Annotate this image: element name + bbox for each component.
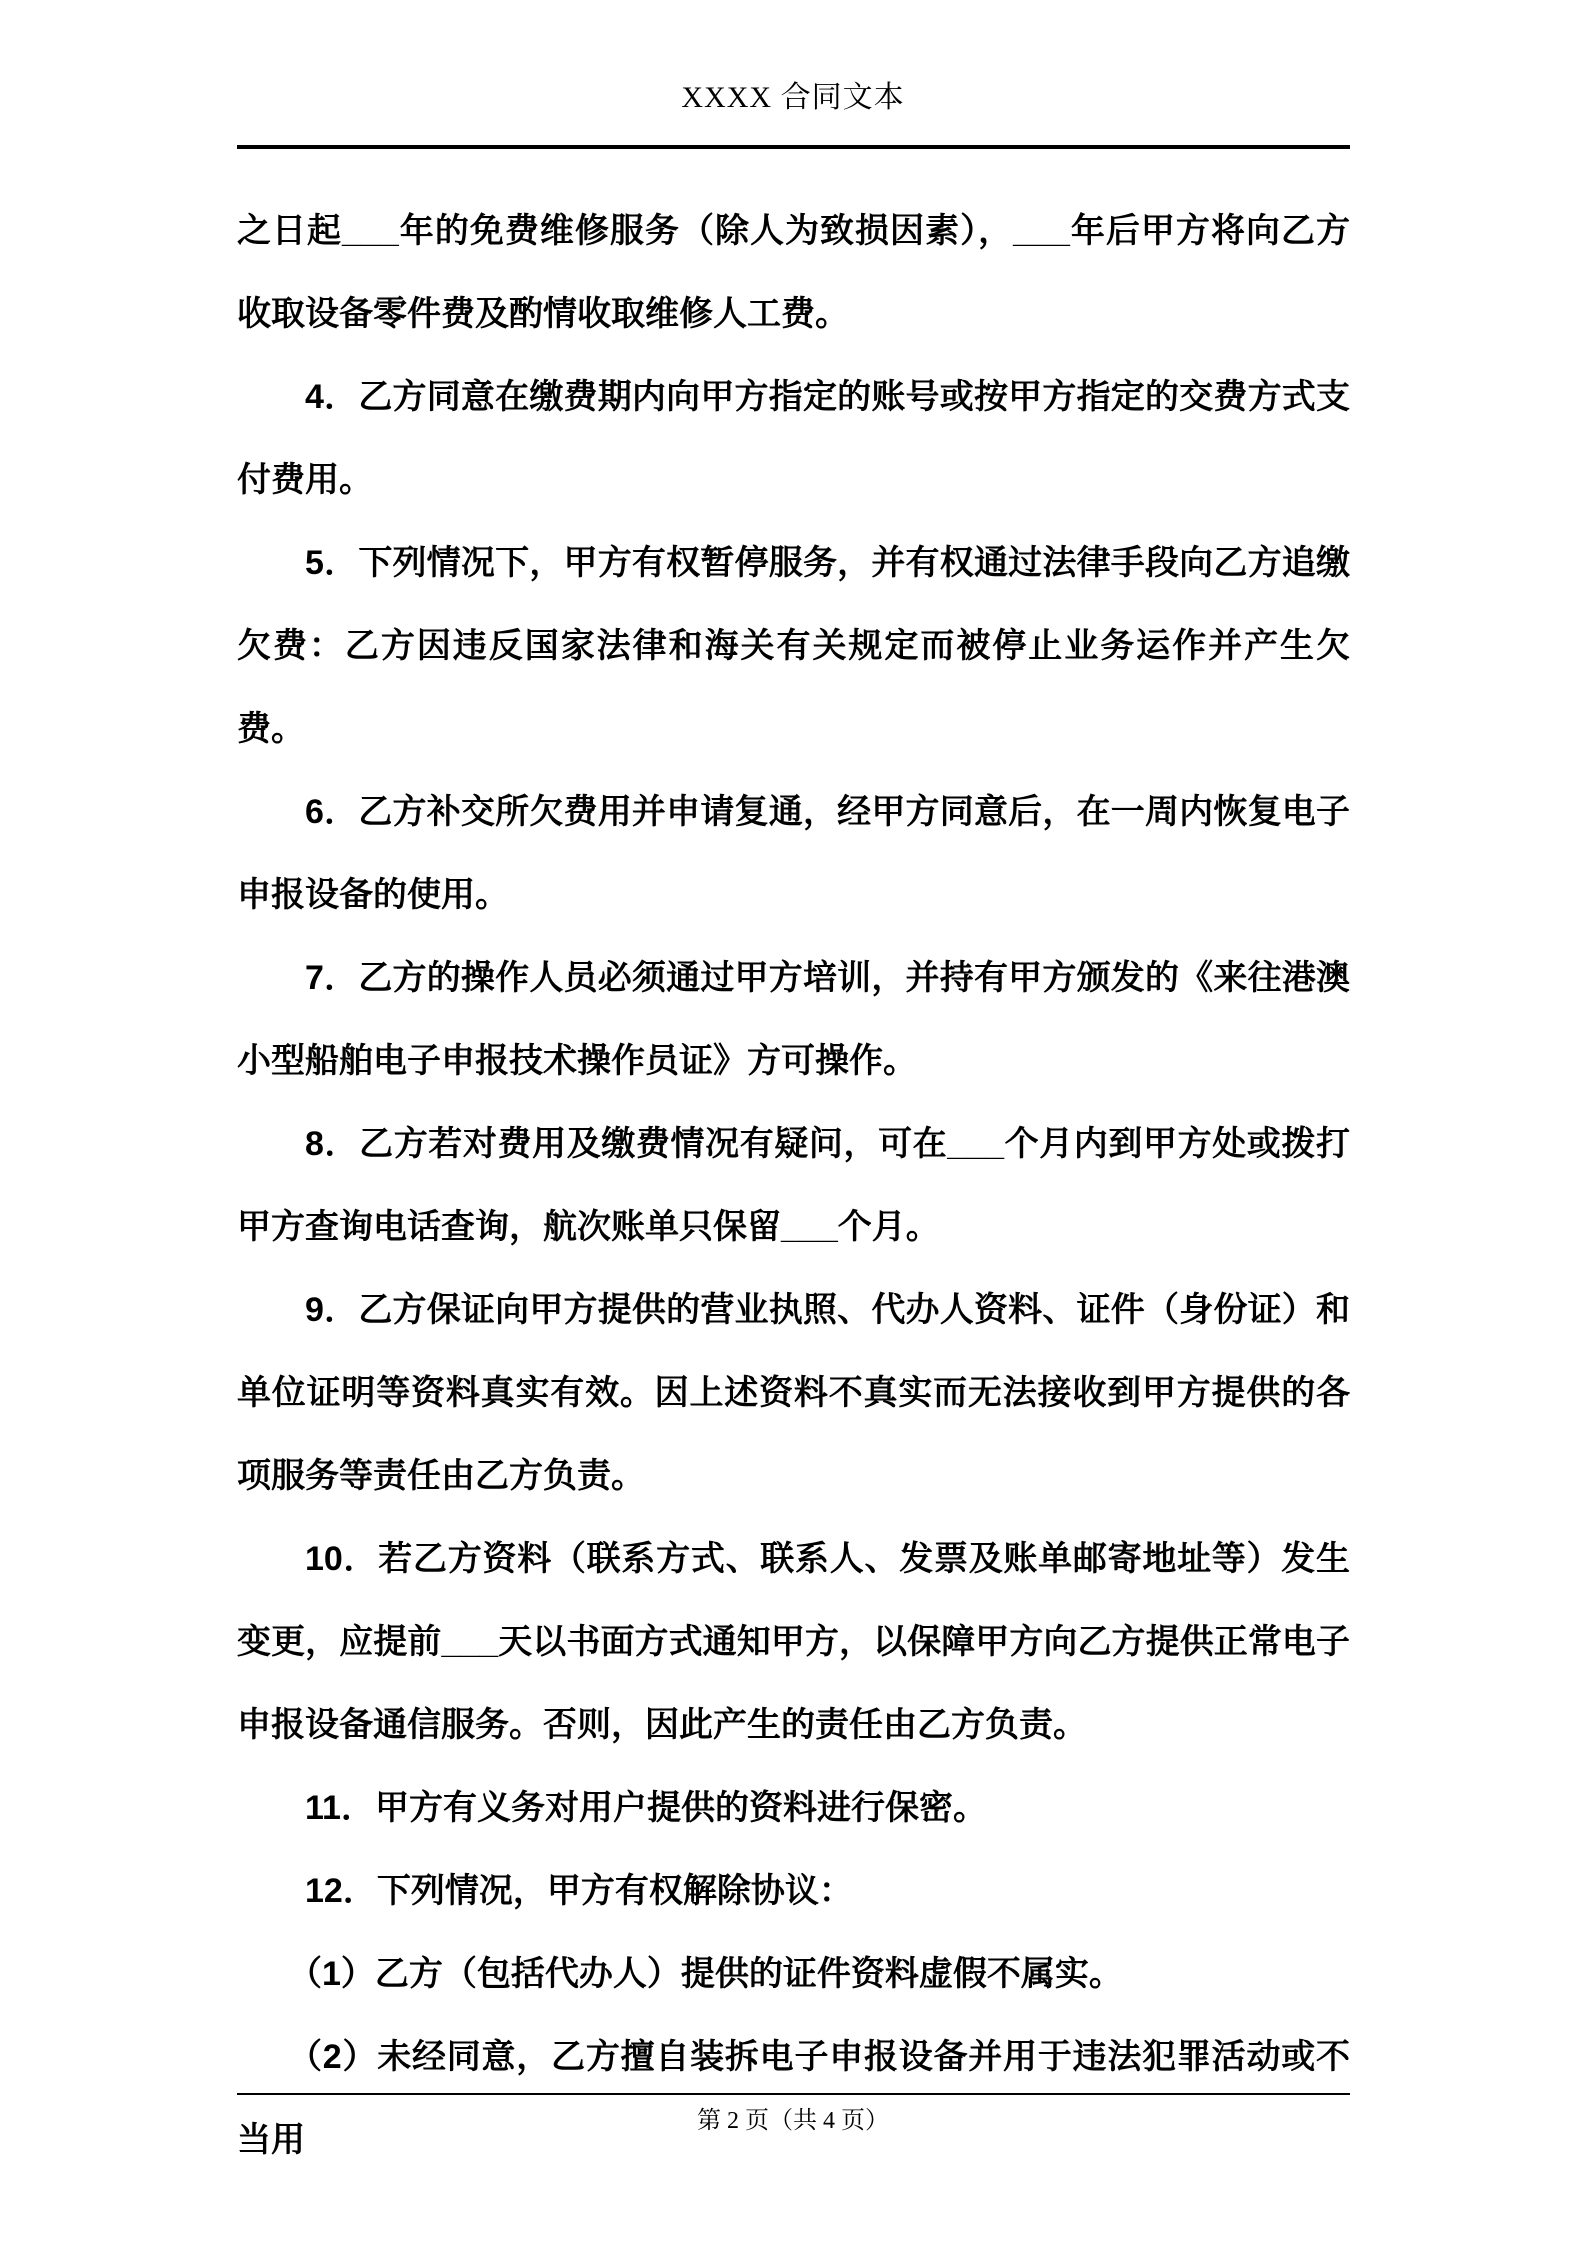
contract-paragraph: 之日起___年的免费维修服务（除人为致损因素），___年后甲方将向乙方收取设备零…: [237, 190, 1350, 356]
contract-paragraph: 8．乙方若对费用及缴费情况有疑问，可在___个月内到甲方处或拨打甲方查询电话查询…: [237, 1103, 1350, 1269]
page-number: 第 2 页（共 4 页）: [697, 2108, 889, 2134]
contract-paragraph: （1）乙方（包括代办人）提供的证件资料虚假不属实。: [237, 1933, 1350, 2016]
contract-paragraph: 10．若乙方资料（联系方式、联系人、发票及账单邮寄地址等）发生变更，应提前___…: [237, 1518, 1350, 1767]
contract-paragraph: 4．乙方同意在缴费期内向甲方指定的账号或按甲方指定的交费方式支付费用。: [237, 356, 1350, 522]
contract-paragraph: 6．乙方补交所欠费用并申请复通，经甲方同意后，在一周内恢复电子申报设备的使用。: [237, 771, 1350, 937]
contract-paragraph: 11．甲方有义务对用户提供的资料进行保密。: [237, 1767, 1350, 1850]
page-header: XXXX 合同文本: [0, 72, 1586, 116]
contract-paragraph: 9．乙方保证向甲方提供的营业执照、代办人资料、证件（身份证）和单位证明等资料真实…: [237, 1269, 1350, 1518]
contract-paragraph: 12．下列情况，甲方有权解除协议：: [237, 1850, 1350, 1933]
header-divider: [237, 145, 1350, 149]
page-footer: 第 2 页（共 4 页）: [0, 2100, 1586, 2135]
document-page: XXXX 合同文本 之日起___年的免费维修服务（除人为致损因素），___年后甲…: [0, 0, 1586, 2244]
contract-paragraph: （2）未经同意，乙方擅自装拆电子申报设备并用于违法犯罪活动或不当用: [237, 2016, 1350, 2182]
contract-paragraph: 7．乙方的操作人员必须通过甲方培训，并持有甲方颁发的《来往港澳小型船舶电子申报技…: [237, 937, 1350, 1103]
contract-body: 之日起___年的免费维修服务（除人为致损因素），___年后甲方将向乙方收取设备零…: [237, 190, 1350, 2182]
contract-paragraph: 5．下列情况下，甲方有权暂停服务，并有权通过法律手段向乙方追缴欠费：乙方因违反国…: [237, 522, 1350, 771]
header-title: XXXX 合同文本: [681, 81, 904, 114]
footer-divider: [237, 2093, 1350, 2095]
